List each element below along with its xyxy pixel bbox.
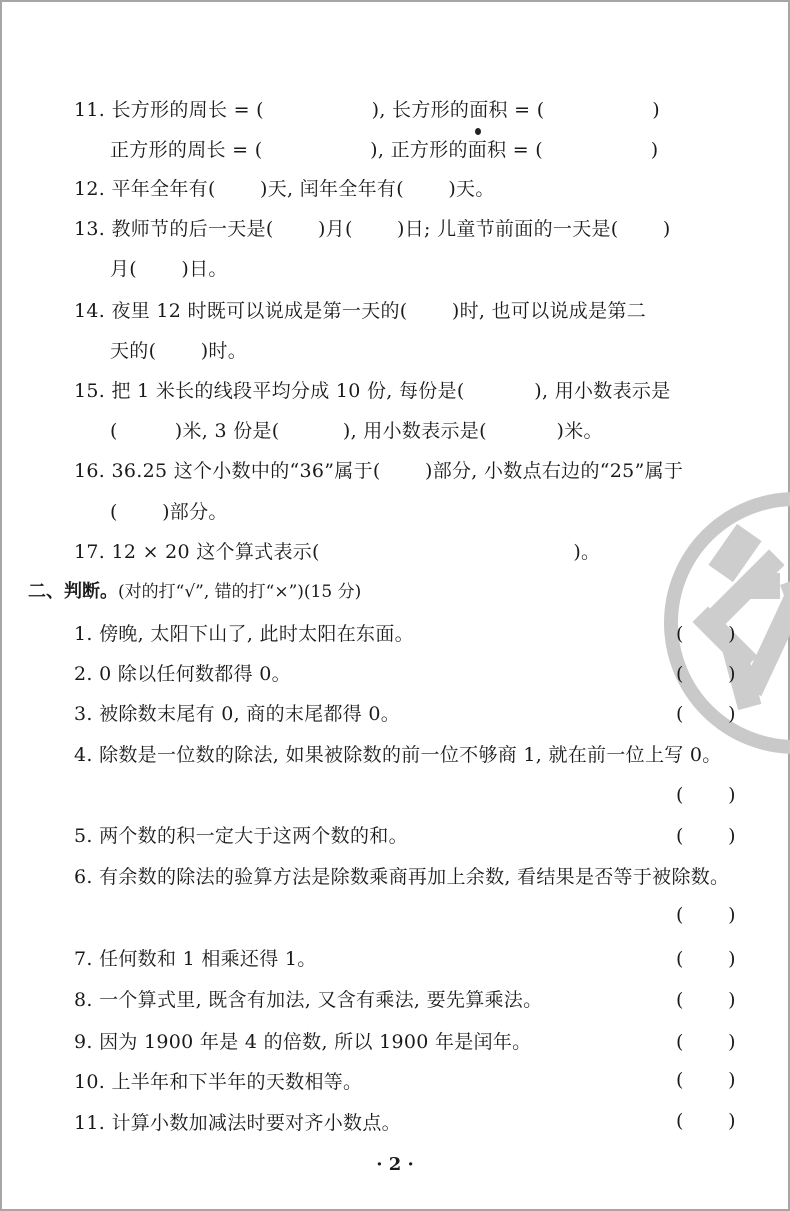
judgment-item-7: 7. 任何数和 1 相乘还得 1。 (74, 947, 317, 971)
judgment-item-5: 5. 两个数的积一定大于这两个数的和。 (74, 824, 408, 848)
question-15-line1: 15. 把 1 米长的线段平均分成 10 份, 每份是( ), 用小数表示是 (74, 379, 671, 403)
judgment-answer-box-11[interactable]: ( ) (676, 1109, 736, 1133)
section-2-heading: 二、判断。(对的打“√”, 错的打“×”)(15 分) (28, 580, 361, 604)
question-12: 12. 平年全年有( )天, 闰年全年有( )天。 (74, 177, 495, 201)
judgment-item-2: 2. 0 除以任何数都得 0。 (74, 662, 291, 686)
judgment-answer-box-2[interactable]: ( ) (676, 662, 736, 686)
judgment-item-10: 10. 上半年和下半年的天数相等。 (74, 1070, 362, 1094)
section-2-title: 二、判断。 (28, 581, 118, 602)
judgment-answer-box-3[interactable]: ( ) (676, 702, 736, 726)
question-11-line2: 正方形的周长 = ( ), 正方形的面积 = ( ) (110, 138, 658, 162)
judgment-item-4: 4. 除数是一位数的除法, 如果被除数的前一位不够商 1, 就在前一位上写 0。 (74, 743, 722, 767)
judgment-item-9: 9. 因为 1900 年是 4 的倍数, 所以 1900 年是闰年。 (74, 1030, 531, 1054)
judgment-item-11: 11. 计算小数加减法时要对齐小数点。 (74, 1111, 401, 1135)
judgment-item-1: 1. 傍晚, 太阳下山了, 此时太阳在东面。 (74, 622, 414, 646)
judgment-answer-box-1[interactable]: ( ) (676, 622, 736, 646)
judgment-item-8: 8. 一个算式里, 既含有加法, 又含有乘法, 要先算乘法。 (74, 988, 542, 1012)
judgment-answer-box-9[interactable]: ( ) (676, 1030, 736, 1054)
judgment-answer-box-10[interactable]: ( ) (676, 1068, 736, 1092)
judgment-item-3: 3. 被除数末尾有 0, 商的末尾都得 0。 (74, 702, 400, 726)
ink-speck (475, 128, 481, 135)
question-11-line1: 11. 长方形的周长 = ( ), 长方形的面积 = ( ) (74, 98, 660, 122)
page-number: · 2 · (0, 1154, 790, 1175)
question-17: 17. 12 × 20 这个算式表示( )。 (74, 540, 600, 564)
question-14-line2: 天的( )时。 (110, 339, 247, 363)
judgment-item-6: 6. 有余数的除法的验算方法是除数乘商再加上余数, 看结果是否等于被除数。 (74, 865, 729, 889)
judgment-answer-box-4[interactable]: ( ) (676, 783, 736, 807)
question-13-line2: 月( )日。 (110, 257, 228, 281)
judgment-answer-box-6[interactable]: ( ) (676, 903, 736, 927)
question-14-line1: 14. 夜里 12 时既可以说成是第一天的( )时, 也可以说成是第二 (74, 299, 646, 323)
section-2-instruction: (对的打“√”, 错的打“×”)(15 分) (118, 582, 361, 602)
judgment-answer-box-8[interactable]: ( ) (676, 988, 736, 1012)
question-16-line1: 16. 36.25 这个小数中的“36”属于( )部分, 小数点右边的“25”属… (74, 459, 683, 483)
judgment-answer-box-5[interactable]: ( ) (676, 824, 736, 848)
judgment-answer-box-7[interactable]: ( ) (676, 947, 736, 971)
question-16-line2: ( )部分。 (110, 500, 228, 524)
question-15-line2: ( )米, 3 份是( ), 用小数表示是( )米。 (110, 419, 603, 443)
question-13-line1: 13. 教师节的后一天是( )月( )日; 儿童节前面的一天是( ) (74, 217, 671, 241)
